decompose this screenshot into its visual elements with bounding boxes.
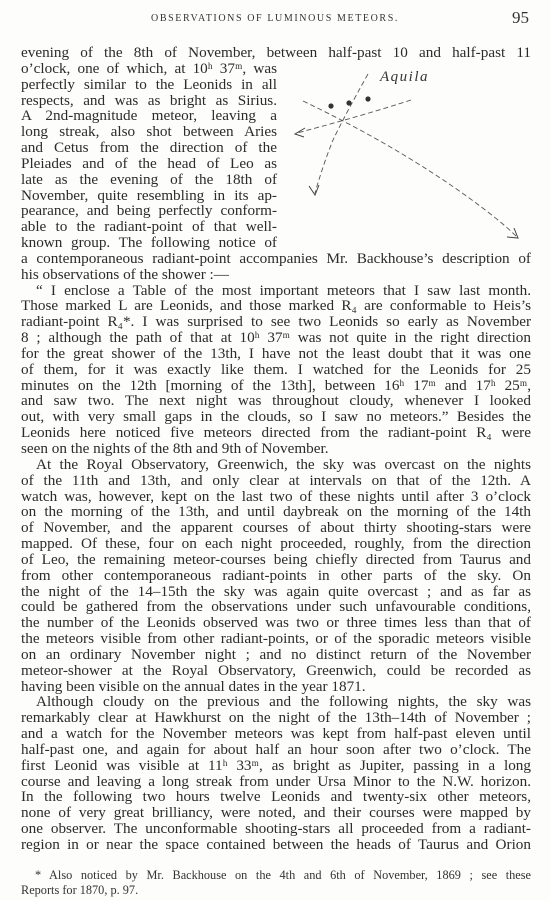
text-line: watch was, however, kept on the last two…: [21, 488, 531, 505]
text-line: “ I enclose a Table of the most importan…: [21, 282, 531, 299]
text-line: pearance, and being perfectly conform-: [21, 202, 277, 219]
text-line: the night of the 14–15th the sky was aga…: [21, 583, 531, 600]
text-line: and a watch for the November meteors was…: [21, 725, 531, 742]
text-line: on the morning of the 13th, and until da…: [21, 503, 531, 520]
text-line: long streak, also shot between Aries: [21, 123, 277, 140]
text-line: In the following two hours twelve Leonid…: [21, 788, 531, 805]
text-line: respects, and was as bright as Sirius.: [21, 92, 277, 109]
text-line: and Cetus from the direction of the: [21, 139, 277, 156]
meteor-path-2: [297, 100, 411, 133]
page-number: 95: [512, 8, 529, 28]
text-line: the meteors visible from other radiant-p…: [21, 630, 531, 647]
text-line: Those marked L are Leonids, and those ma…: [21, 297, 531, 314]
text-line: November, quite resembling in its ap-: [21, 187, 277, 204]
text-line: At the Royal Observatory, Greenwich, the…: [21, 456, 531, 473]
footnote-line: Reports for 1870, p. 97.: [21, 883, 531, 898]
text-line: known group. The following notice of: [21, 234, 277, 251]
meteor-path-1: [315, 74, 368, 193]
footnote-line: * Also noticed by Mr. Backhouse on the 4…: [21, 868, 531, 883]
text-line: and saw two. The next night was througho…: [21, 392, 531, 409]
text-line: out, with very small gaps in the clouds,…: [21, 408, 531, 425]
text-line: mapped. Of these, four on each night pro…: [21, 535, 531, 552]
text-line: one observer. The unconformable shooting…: [21, 820, 531, 837]
text-line: meteor-shower at the Royal Observatory, …: [21, 662, 531, 679]
text-line: remarkably clear at Hawkhurst on the nig…: [21, 709, 531, 726]
text-line: Although cloudy on the previous and the …: [21, 693, 531, 710]
text-line: for the great shower of the 13th, I have…: [21, 345, 531, 362]
text-line: the number of the Leonids observed was t…: [21, 614, 531, 631]
running-head-title: OBSERVATIONS OF LUMINOUS METEORS.: [0, 13, 550, 24]
meteor-path-3: [303, 101, 517, 237]
aquila-meteor-figure: Aquila: [285, 55, 535, 255]
text-line: perfectly similar to the Leonids in all: [21, 76, 277, 93]
text-line: late as the evening of the 18th of: [21, 171, 277, 188]
text-line: of the 11th and 13th, and only clear at …: [21, 472, 531, 489]
text-line: radiant-point R₄*. I was surprised to se…: [21, 313, 531, 330]
aquila-stars-icon: [328, 96, 370, 108]
text-line: seen on the nights of the 8th and 9th of…: [21, 440, 531, 457]
text-line: Pleiades and of the head of Leo as: [21, 155, 277, 172]
figure-label-aquila: Aquila: [380, 69, 429, 86]
text-line: first Leonid was visible at 11ʰ 33ᵐ, as …: [21, 757, 531, 774]
text-line: region in or near the space contained be…: [21, 836, 531, 853]
text-line: able to the radiant-point of that well-: [21, 218, 277, 235]
text-line: evening of the 8th of November, between …: [21, 44, 531, 61]
text-line: could be gathered from the observations …: [21, 598, 531, 615]
text-line: course and leaving a long streak from un…: [21, 773, 531, 790]
text-line: having been visible on the annual dates …: [21, 678, 531, 695]
text-line: minutes on the 12th [morning of the 13th…: [21, 377, 531, 394]
text-line: half-past one, and again for about half …: [21, 741, 531, 758]
text-line: from other contemporaneous radiant-point…: [21, 567, 531, 584]
text-line: 8 ; although the path of that at 10ʰ 37ᵐ…: [21, 329, 531, 346]
text-line: his observations of the shower :—: [21, 266, 531, 283]
text-line: on an ordinary November night ; and no d…: [21, 646, 531, 663]
running-head: OBSERVATIONS OF LUMINOUS METEORS. 95: [0, 10, 550, 30]
text-line: of November, and the apparent courses of…: [21, 519, 531, 536]
text-line: A 2nd-magnitude meteor, leaving a: [21, 107, 277, 124]
text-line: Leonids here noticed five meteors direct…: [21, 424, 531, 441]
text-line: none of very great brilliancy, were note…: [21, 804, 531, 821]
text-line: of them, for it was exactly like them. I…: [21, 361, 531, 378]
book-page: OBSERVATIONS OF LUMINOUS METEORS. 95 Aqu…: [0, 0, 550, 900]
text-line: of Leo, the remaining meteor-courses bei…: [21, 551, 531, 568]
arrowheads-icon: [295, 128, 518, 238]
text-line: a contemporaneous radiant-point accompan…: [21, 250, 531, 267]
text-line: o’clock, one of which, at 10ʰ 37ᵐ, was: [21, 60, 277, 77]
